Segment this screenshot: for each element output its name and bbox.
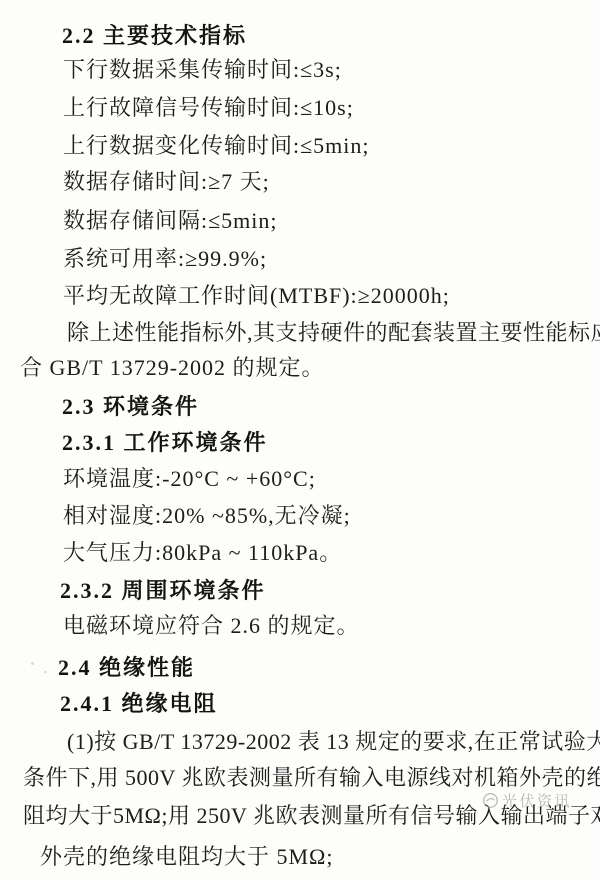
spec-electromagnetic-environment: 电磁环境应符合 2.6 的规定。 xyxy=(63,613,360,639)
paragraph-insulation-line-4: 外壳的绝缘电阻均大于 5MΩ; xyxy=(40,844,334,870)
section-heading-2-3-2: 2.3.2 周围环境条件 xyxy=(60,578,266,604)
section-heading-2-3: 2.3 环境条件 xyxy=(62,394,199,420)
paragraph-insulation-line-1: (1)按 GB/T 13729-2002 表 13 规定的要求,在正常试验大气 xyxy=(67,729,590,755)
section-heading-2-3-1: 2.3.1 工作环境条件 xyxy=(62,430,268,456)
scan-speck xyxy=(44,671,47,673)
paragraph-other-performance-line-2: 合 GB/T 13729-2002 的规定。 xyxy=(20,355,325,381)
spec-uplink-data-change-time: 上行数据变化传输时间:≤5min; xyxy=(63,133,370,159)
spec-relative-humidity: 相对湿度:20% ~85%,无冷凝; xyxy=(63,503,351,529)
spec-data-storage-time: 数据存储时间:≥7 天; xyxy=(63,169,270,195)
section-heading-2-4-1: 2.4.1 绝缘电阻 xyxy=(60,691,218,717)
section-heading-2-2: 2.2 主要技术指标 xyxy=(62,23,247,49)
spec-mtbf: 平均无故障工作时间(MTBF):≥20000h; xyxy=(63,283,450,309)
spec-data-storage-interval: 数据存储间隔:≤5min; xyxy=(63,208,278,234)
spec-ambient-temperature: 环境温度:-20°C ~ +60°C; xyxy=(63,466,316,492)
spec-uplink-fault-signal-time: 上行故障信号传输时间:≤10s; xyxy=(63,95,354,121)
spec-system-availability: 系统可用率:≥99.9%; xyxy=(63,246,267,272)
paragraph-other-performance-line-1: 除上述性能指标外,其支持硬件的配套装置主要性能标应符 xyxy=(67,320,590,346)
spec-downlink-collection-time: 下行数据采集传输时间:≤3s; xyxy=(63,57,342,83)
document-page: 2.2 主要技术指标 下行数据采集传输时间:≤3s; 上行故障信号传输时间:≤1… xyxy=(0,0,600,881)
scan-speck xyxy=(31,662,34,665)
watermark: 光伏资讯 xyxy=(482,790,572,811)
paragraph-insulation-line-2: 条件下,用 500V 兆欧表测量所有输入电源线对机箱外壳的绝缘电 xyxy=(23,765,590,791)
watermark-label: 光伏资讯 xyxy=(502,790,572,811)
spec-atmospheric-pressure: 大气压力:80kPa ~ 110kPa。 xyxy=(63,540,342,566)
pv-news-logo-icon xyxy=(482,792,499,809)
section-heading-2-4: 2.4 绝缘性能 xyxy=(58,655,195,681)
